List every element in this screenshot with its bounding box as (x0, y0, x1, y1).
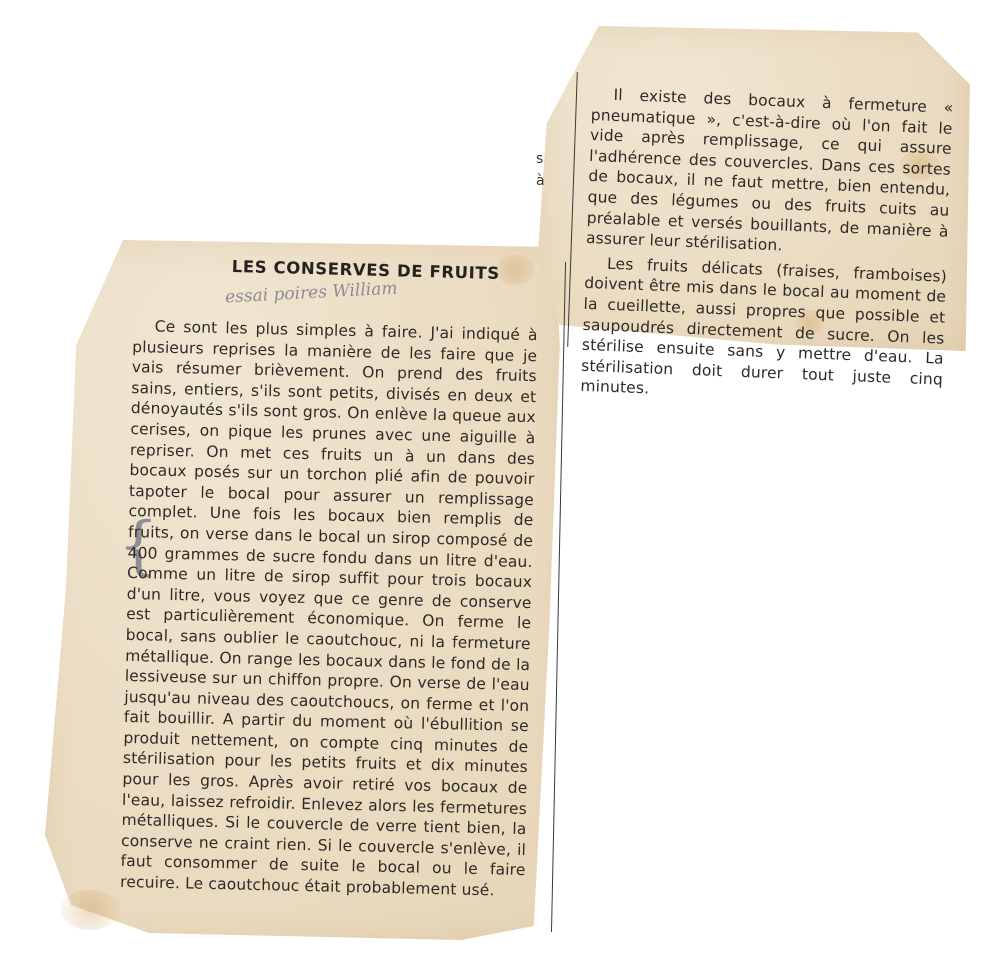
fragment-text: s à (536, 148, 545, 192)
torn-edge-text-fragment: s à (536, 148, 545, 192)
article-paragraph: Ce sont les plus simples à faire. J'ai i… (120, 316, 538, 902)
article-paragraph: Les fruits délicats (fraises, framboises… (580, 253, 947, 411)
article-paragraph: Il existe des bocaux à fermeture « pneum… (586, 84, 954, 263)
paper-stain (495, 255, 535, 285)
paper-stain (60, 890, 120, 930)
right-article-body: Il existe des bocaux à fermeture « pneum… (580, 84, 954, 411)
left-article-body: Ce sont les plus simples à faire. J'ai i… (120, 316, 538, 902)
